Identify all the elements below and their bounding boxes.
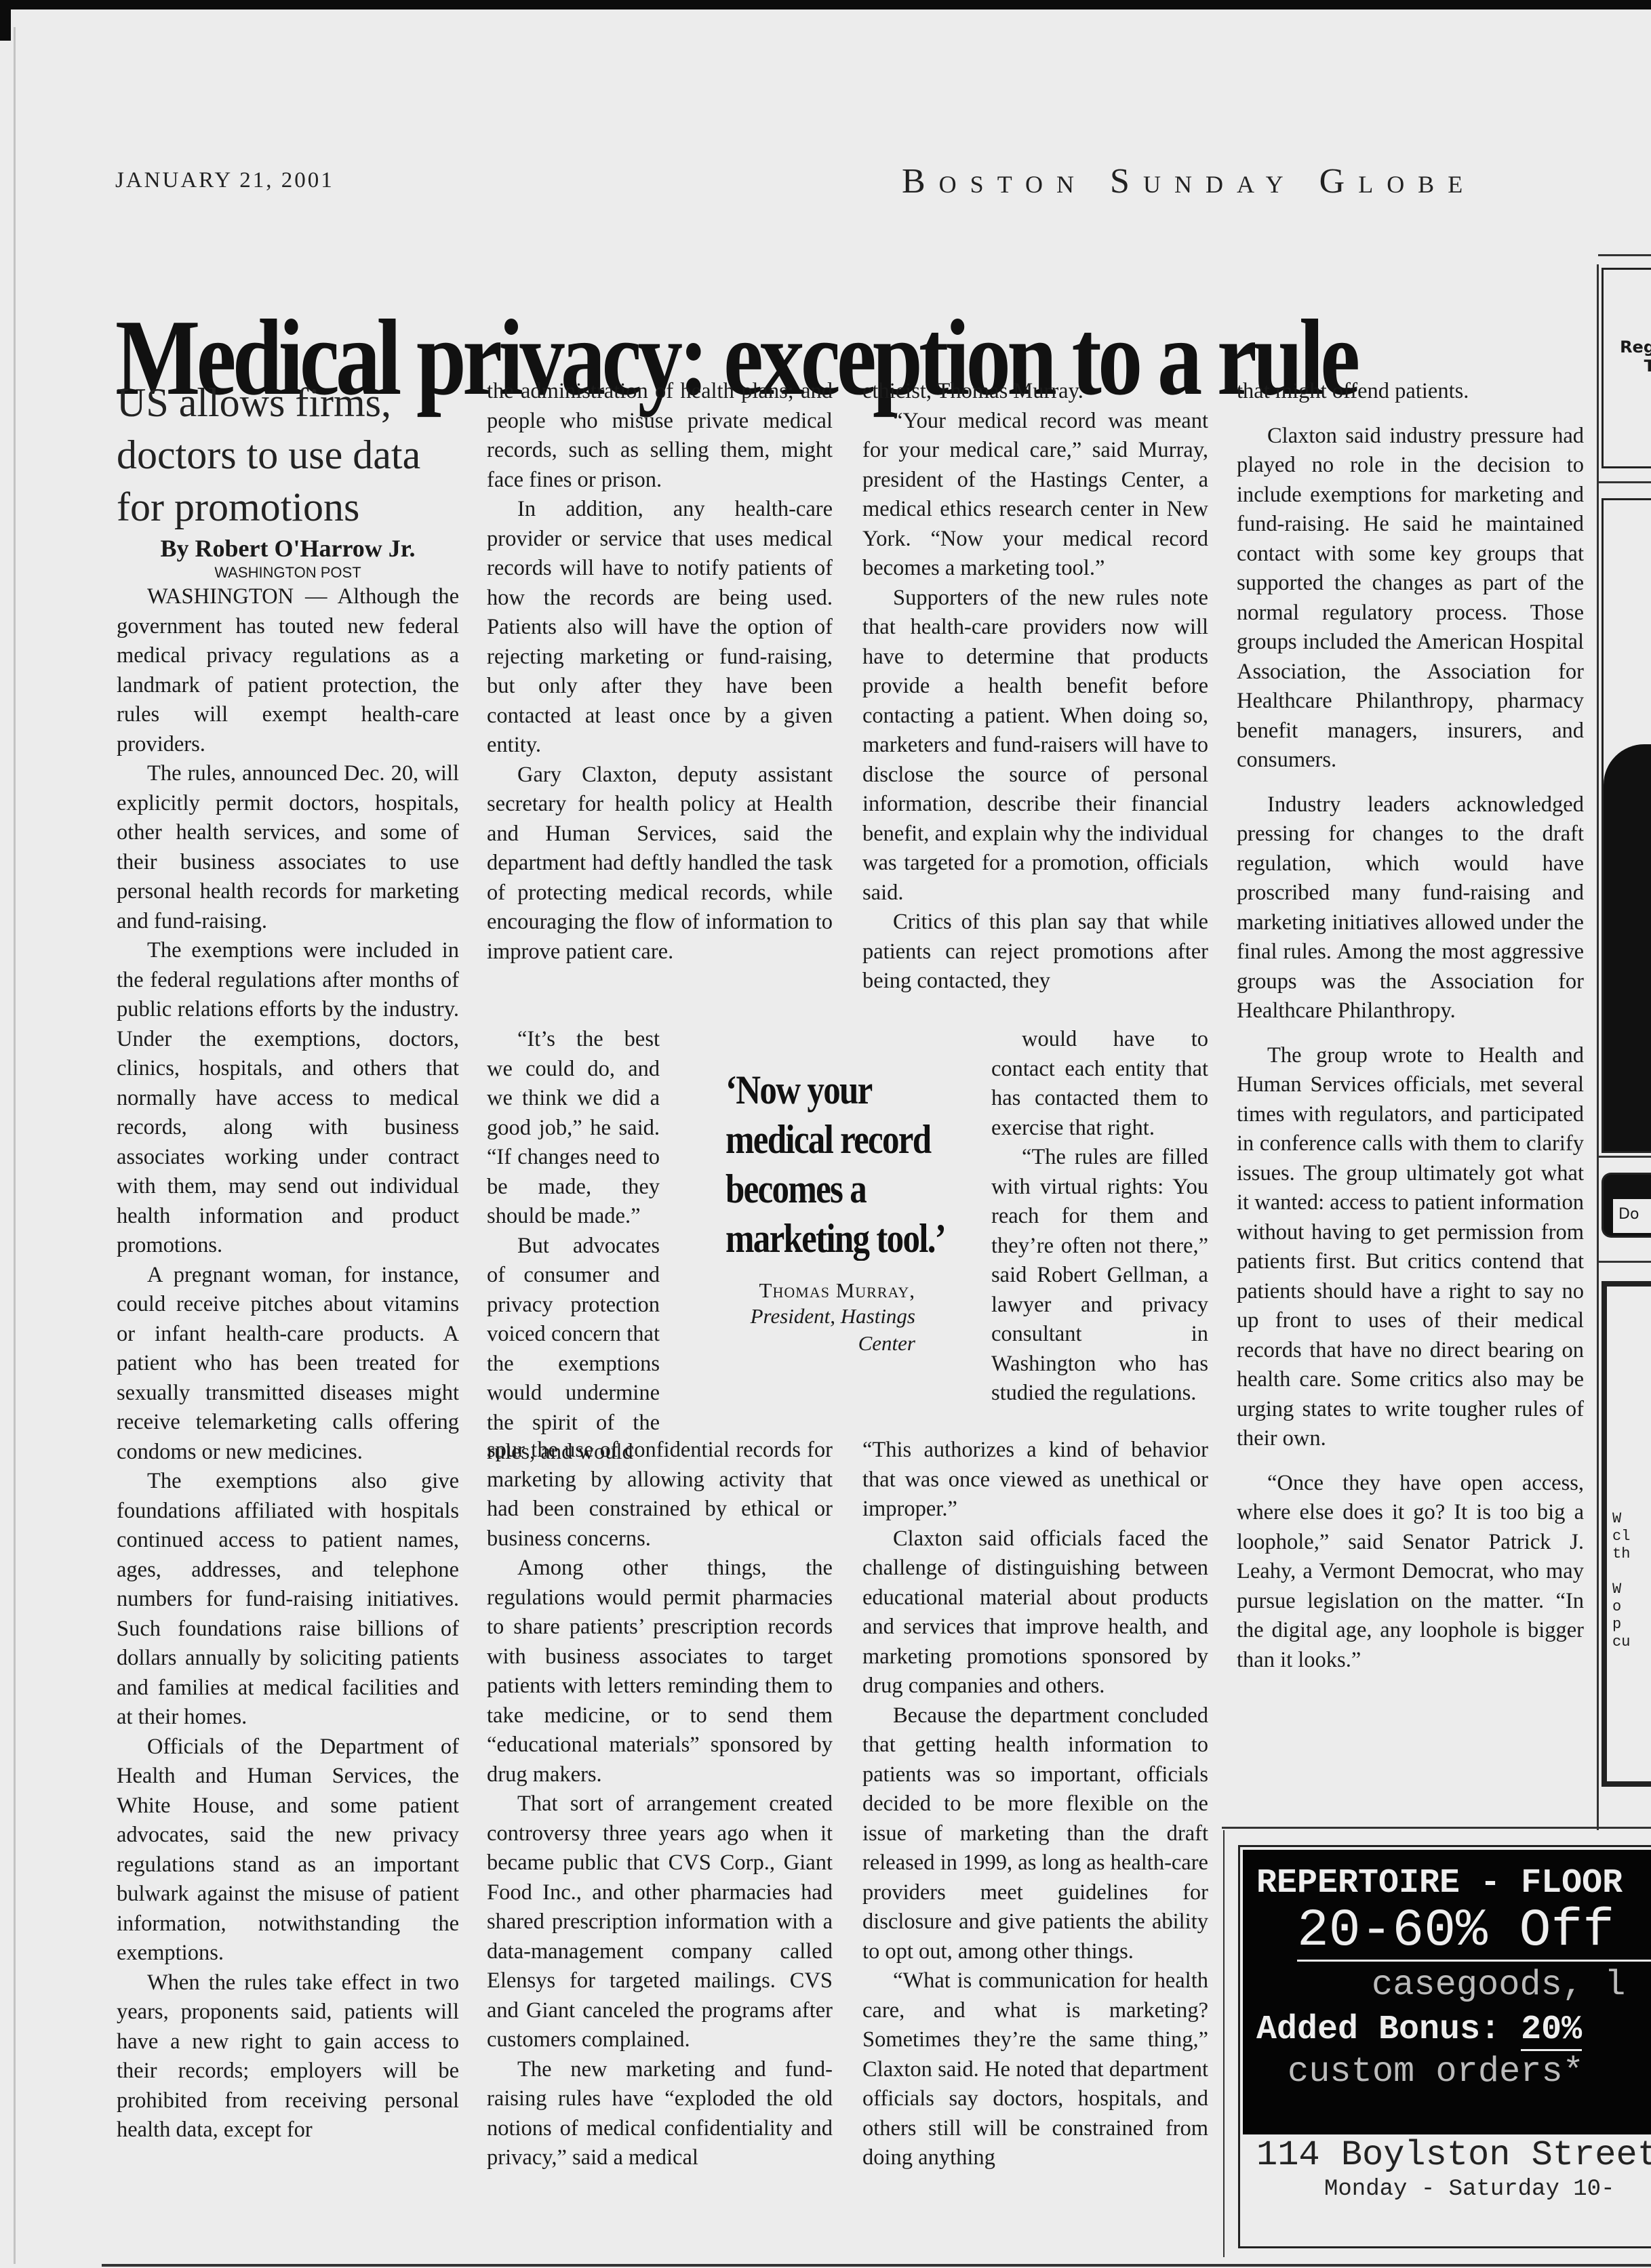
sidebar-fragment-text: o [1607,1598,1651,1616]
ad-bonus-value: 20% [1521,2010,1582,2051]
scan-fold-line [14,27,16,2264]
paragraph: The group wrote to Health and Human Serv… [1237,1041,1584,1454]
paragraph: “The rules are filled with virtual right… [991,1143,1208,1409]
ad-bonus-label: Added Bonus: [1256,2010,1521,2049]
section-divider [1598,481,1651,483]
pull-quote-attribution-name: Thomas Murray, [725,1278,949,1303]
article-column-3-narrow: would have to contact each entity that h… [991,1025,1208,1409]
article-column-2-narrow: “It’s the best we could do, and we think… [487,1025,660,1467]
ad-bonus: Added Bonus: 20% [1256,2009,1651,2051]
ad-banner: REPERTOIRE - FLOOR 20-60% Off casegoods,… [1243,1850,1651,2134]
sidebar-fragment-inner: Do [1613,1199,1651,1233]
pull-quote: ‘Now your medical record becomes a marke… [725,1066,949,1357]
article-column-3: ethicist, Thomas Murray. “Your medical r… [862,377,1208,996]
paragraph: would have to contact each entity that h… [991,1025,1208,1143]
sidebar-fragment-text: th [1607,1545,1651,1563]
masthead-paper-name: Boston Sunday Globe [902,161,1476,201]
byline: By Robert O'Harrow Jr. [117,533,459,563]
ad-store-name: REPERTOIRE - FLOOR [1256,1865,1651,1903]
sidebar-button-fragment: Do [1602,1173,1651,1238]
article-column-1: US allows firms, doctors to use data for… [117,377,459,2145]
paragraph: “Your medical record was meant for your … [862,407,1208,584]
column-rule [1597,264,1599,1830]
ad-hours: Monday - Saturday 10- [1324,2176,1651,2202]
wire-source: WASHINGTON POST [117,563,459,582]
paragraph: That sort of arrangement created controv… [487,1789,833,2055]
paragraph: Industry leaders acknowledged pressing f… [1237,790,1584,1026]
sidebar-fragment-text: cu [1607,1634,1651,1651]
sidebar-fragment-text: W [1607,1581,1651,1598]
article-deck: US allows firms, doctors to use data for… [117,377,459,533]
pull-quote-attribution-title: Center [725,1330,949,1357]
sidebar-fragment-text: cl [1607,1528,1651,1545]
paragraph: Officials of the Department of Health an… [117,1733,459,1968]
pull-quote-attribution-title: President, Hastings [725,1303,949,1330]
pull-quote-line: marketing tool.’ [725,1214,916,1263]
sidebar-ad-fragment: W cl th W o p cu [1602,1281,1651,1787]
paragraph: But advocates of consumer and privacy pr… [487,1232,660,1467]
article-column-3-bottom: “This authorizes a kind of behavior that… [862,1436,1208,2173]
sidebar-fragment-text: Reg [1604,338,1651,357]
paragraph: “It’s the best we could do, and we think… [487,1025,660,1232]
paragraph: A pregnant woman, for instance, could re… [117,1261,459,1467]
sidebar-fragment-text: W [1607,1510,1651,1528]
paragraph: the administration of health plans; and … [487,377,833,495]
sidebar-fragment-text: Do [1613,1199,1651,1223]
ad-discount: 20-60% Off [1297,1903,1651,1962]
column-rule [1223,1830,1225,2257]
paragraph: that might offend patients. [1237,377,1584,407]
sidebar-fragment-text: p [1607,1616,1651,1634]
ad-address: 114 Boylston Street [1256,2134,1651,2176]
page-bottom-rule [102,2264,1651,2267]
scan-border-corner [0,0,11,41]
paragraph: ethicist, Thomas Murray. [862,377,1208,407]
paragraph: When the rules take effect in two years,… [117,1968,459,2145]
paragraph: spur the use of confidential records for… [487,1436,833,1554]
paragraph: The new marketing and fund-raising rules… [487,2055,833,2173]
paragraph: The exemptions also give foundations aff… [117,1467,459,1733]
paragraph: Among other things, the regulations woul… [487,1554,833,1789]
sidebar-box-fragment: Reg T [1602,268,1651,468]
furniture-advertisement: REPERTOIRE - FLOOR 20-60% Off casegoods,… [1238,1845,1651,2248]
article-column-2: the administration of health plans; and … [487,377,833,967]
article-column-2-bottom: spur the use of confidential records for… [487,1436,833,2173]
sidebar-photo-fragment [1602,498,1651,1153]
paragraph: WASHINGTON — Although the government has… [117,582,459,759]
paragraph: Claxton said industry pressure had playe… [1237,422,1584,775]
section-divider [1222,1827,1651,1829]
paragraph: The exemptions were included in the fede… [117,936,459,1261]
photo-image [1604,744,1651,1151]
paragraph: “This authorizes a kind of behavior that… [862,1436,1208,1524]
paragraph: Gary Claxton, deputy assistant secretary… [487,761,833,967]
paragraph: Claxton said officials faced the challen… [862,1524,1208,1701]
paragraph: “What is communication for health care, … [862,1966,1208,2173]
scan-border-top [0,0,1651,9]
section-divider [1598,1261,1651,1263]
paragraph: Critics of this plan say that while pati… [862,908,1208,996]
ad-product-category: casegoods, l [1372,1962,1651,2009]
pull-quote-line: medical record [725,1115,916,1165]
section-divider [1598,1156,1651,1158]
paragraph: In addition, any health-care provider or… [487,495,833,761]
sidebar-ad-text: W cl th W o p cu [1607,1510,1651,1651]
pull-quote-line: ‘Now your [725,1066,916,1115]
pull-quote-line: becomes a [725,1165,916,1214]
section-divider [1598,254,1651,256]
paragraph: “Once they have open access, where else … [1237,1469,1584,1676]
ad-custom-orders: custom orders* [1288,2051,1651,2093]
paragraph: Supporters of the new rules note that he… [862,584,1208,908]
masthead-date: JANUARY 21, 2001 [115,168,334,193]
paragraph: Because the department concluded that ge… [862,1701,1208,1967]
article-column-4: that might offend patients. Claxton said… [1237,377,1584,1675]
paragraph: The rules, announced Dec. 20, will expli… [117,759,459,936]
sidebar-fragment-text: T [1604,357,1651,376]
